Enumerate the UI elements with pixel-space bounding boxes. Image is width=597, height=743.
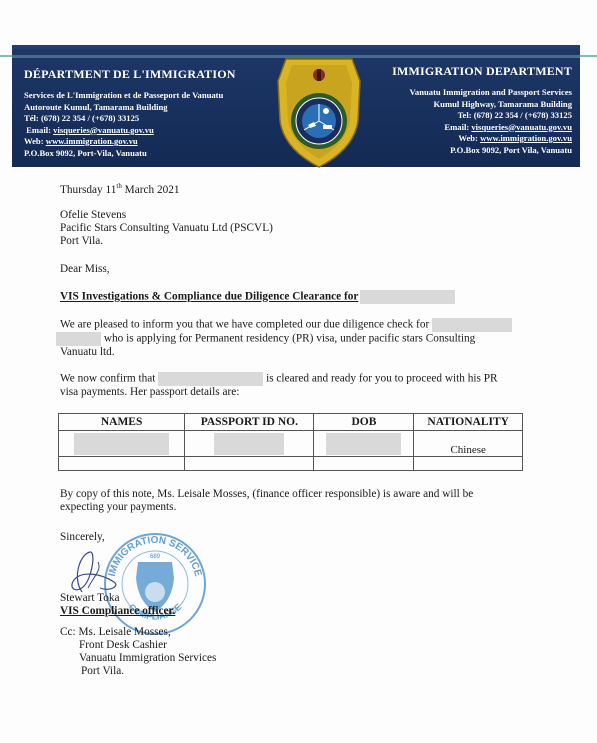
dept-phone-fr: Tél: (678) 22 354 / (+678) 33125 [24,113,236,125]
dept-phone-en: Tel: (678) 22 354 / (+678) 33125 [392,110,572,122]
signer-title: VIS Compliance officer. [60,605,175,618]
paragraph-finance-note: By copy of this note, Ms. Leisale Mosses… [60,488,530,514]
dept-web-en: Web: www.immigration.gov.vu [392,133,572,145]
recipient-company: Pacific Stars Consulting Vanuatu Ltd (PS… [60,222,273,235]
cell-nationality: Chinese [414,431,523,457]
email-link[interactable]: visqueries@vanuatu.gov.vu [471,122,572,132]
immigration-crest-icon [274,51,364,169]
cell-passport [185,431,314,457]
table-row: Chinese [59,431,523,457]
closing: Sincerely, [60,531,105,544]
redacted-value [214,433,284,455]
col-header-names: NAMES [59,414,185,431]
dept-service-en: Vanuatu Immigration and Passport Service… [392,87,572,99]
dept-service-fr: Services de L'Immigration et de Passepor… [24,90,236,102]
letter-date: Thursday 11th March 2021 [60,180,180,197]
svg-text:689: 689 [150,554,161,560]
table-row [59,457,523,471]
cc-role: Front Desk Cashier [60,639,216,652]
salutation: Dear Miss, [60,263,110,276]
cc-org: Vanuatu Immigration Services [60,652,216,665]
dept-title-en: IMMIGRATION DEPARTMENT [392,64,572,79]
email-link[interactable]: visqueries@vanuatu.gov.vu [53,125,154,135]
cc-city: Port Vila. [60,665,216,678]
letterhead-english: IMMIGRATION DEPARTMENT Vanuatu Immigrati… [392,64,572,156]
passport-details-table: NAMES PASSPORT ID NO. DOB NATIONALITY Ch… [58,413,523,471]
signer-name: Stewart Toka [60,592,175,605]
paragraph-due-diligence: We are pleased to inform you that we hav… [60,318,530,359]
redacted-value [74,433,169,455]
dept-web-fr: Web: www.immigration.gov.vu [24,136,236,148]
cell-name [59,431,185,457]
col-header-dob: DOB [314,414,414,431]
col-header-nationality: NATIONALITY [414,414,523,431]
signature-icon [62,548,132,596]
letterhead-banner: DÉPARTMENT DE L'IMMIGRATION Services de … [12,45,580,167]
dept-title-fr: DÉPARTMENT DE L'IMMIGRATION [24,67,236,82]
redacted-value [326,433,401,455]
cc-block: Cc: Ms. Leisale Mosses, Front Desk Cashi… [60,626,216,678]
dept-pobox-en: P.O.Box 9092, Port Vila, Vanuatu [392,145,572,157]
dept-address-fr: Autoroute Kumul, Tamarama Building [24,102,236,114]
dept-address-en: Kumul Highway, Tamarama Building [392,99,572,111]
web-link[interactable]: www.immigration.gov.vu [46,136,138,146]
redacted-name [158,372,263,386]
recipient-name: Ofelie Stevens [60,209,273,222]
cell-dob [314,431,414,457]
redacted-name [360,290,455,304]
redacted-name [56,332,101,346]
signer-block: Stewart Toka VIS Compliance officer. [60,592,175,618]
web-link[interactable]: www.immigration.gov.vu [480,133,572,143]
letterhead-french: DÉPARTMENT DE L'IMMIGRATION Services de … [24,67,236,159]
redacted-name [432,318,512,332]
recipient-city: Port Vila. [60,235,273,248]
dept-pobox-fr: P.O.Box 9092, Port-Vila, Vanuatu [24,148,236,160]
dept-email-en: Email: visqueries@vanuatu.gov.vu [392,122,572,134]
subject-line: VIS Investigations & Compliance due Dili… [60,290,455,304]
col-header-passport: PASSPORT ID NO. [185,414,314,431]
recipient-address: Ofelie Stevens Pacific Stars Consulting … [60,209,273,248]
cc-recipient: Cc: Ms. Leisale Mosses, [60,626,216,639]
paragraph-confirmation: We now confirm that is cleared and ready… [60,372,530,399]
dept-email-fr: Email: visqueries@vanuatu.gov.vu [24,125,236,137]
